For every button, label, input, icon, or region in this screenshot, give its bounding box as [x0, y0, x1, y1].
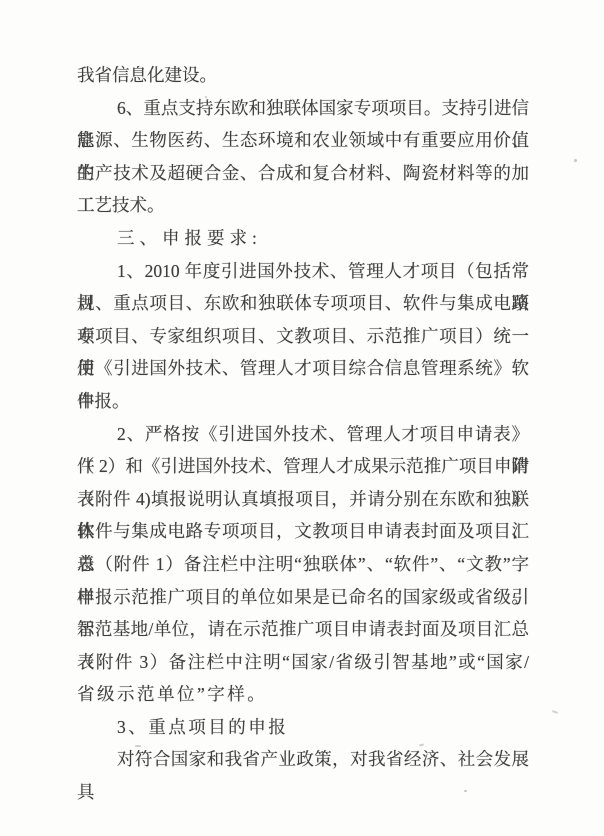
text-line: 申报。: [77, 385, 529, 418]
text-line: 1、2010 年度引进国外技术、管理人才项目（包括常规项: [77, 255, 529, 288]
text-line: 件 2）和《引进国外技术、管理人才成果示范推广项目申请表》: [77, 450, 529, 483]
document-page: 我省信息化建设。 6、重点支持东欧和独联体国家专项项目。支持引进信息、 能源、生…: [0, 0, 604, 836]
text-line: 软件与集成电路专项项目，文教项目申请表封面及项目汇总: [77, 515, 529, 548]
text-line: （附件 3）备注栏中注明“国家/省级引智基地”或“国家/: [77, 646, 529, 679]
text-line: 生产技术及超硬合金、合成和复合材料、陶瓷材料等的加工: [77, 157, 529, 190]
text-line: 省级示范单位”字样。: [77, 678, 529, 711]
text-line: 6、重点支持东欧和独联体国家专项项目。支持引进信息、: [77, 92, 529, 125]
text-line: （附件 4)填报说明认真填报项目，并请分别在东欧和独联体、: [77, 483, 529, 516]
text-line: 申报示范推广项目的单位如果是已命名的国家级或省级引智: [77, 581, 529, 614]
scan-speck: [464, 790, 467, 792]
document-body: 我省信息化建设。 6、重点支持东欧和独联体国家专项项目。支持引进信息、 能源、生…: [77, 59, 529, 776]
scan-speck: [298, 268, 300, 270]
text-line: 表（附件 1）备注栏中注明“独联体”、“软件”、“文教”字样。: [77, 548, 529, 581]
text-line: 对符合国家和我省产业政策，对我省经济、社会发展具: [77, 743, 529, 776]
text-line: 用《引进国外技术、管理人才项目综合信息管理系统》软件: [77, 352, 529, 385]
text-line: 能源、生物医药、生态环境和农业领域中有重要应用价值的: [77, 124, 529, 157]
scan-speck: [205, 96, 207, 98]
text-line: 工艺技术。: [77, 189, 529, 222]
scan-speck: [574, 159, 577, 162]
text-line: 项项目、专家组织项目、文教项目、示范推广项目）统一使: [77, 320, 529, 353]
scan-speck: [552, 710, 558, 714]
scan-speck: [135, 745, 141, 747]
text-line: 我省信息化建设。: [77, 59, 529, 92]
section-heading: 三、申报要求:: [77, 222, 529, 255]
text-line: 目、重点项目、东欧和独联体专项项目、软件与集成电路专: [77, 287, 529, 320]
text-line: 2、严格按《引进国外技术、管理人才项目申请表》（附: [77, 418, 529, 451]
text-line: 示范基地/单位，请在示范推广项目申请表封面及项目汇总表: [77, 613, 529, 646]
subsection-heading: 3、重点项目的申报: [77, 711, 529, 744]
